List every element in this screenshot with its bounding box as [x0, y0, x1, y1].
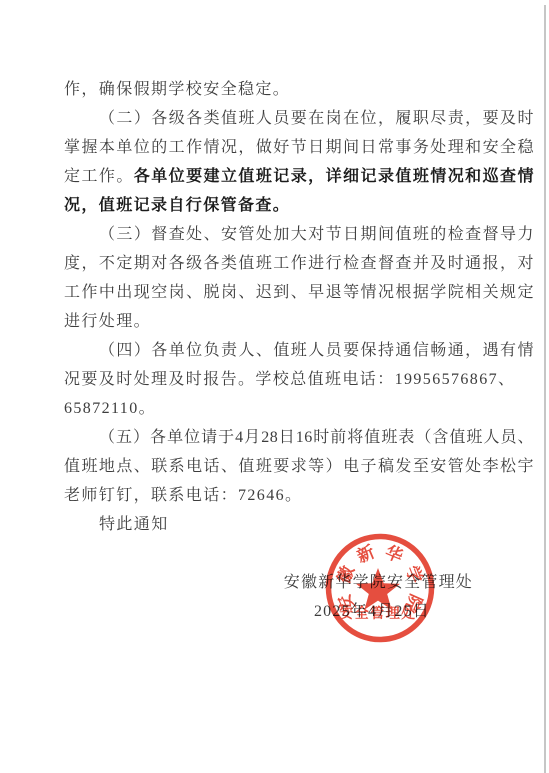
text-run: 工作中出现空岗、脱岗、迟到、早退等情况根据学院相关规定	[64, 284, 534, 301]
text-line: （五）各单位请于4月28日16时前将值班表（含值班人员、	[64, 423, 534, 452]
text-run: 老师钉钉，联系电话：72646。	[64, 487, 302, 504]
text-run: 65872110。	[64, 400, 156, 417]
text-run: 况要及时处理及时报告。学校总值班电话：19956576867、	[64, 371, 515, 388]
date-line: 2025年4月25日	[64, 597, 534, 626]
text-line: （四）各单位负责人、值班人员要保持通信畅通，遇有情	[64, 336, 534, 365]
text-run: 值班地点、联系电话、值班要求等）电子稿发至安管处李松宇	[64, 458, 534, 475]
text-line: 老师钉钉，联系电话：72646。	[64, 481, 534, 510]
bold-text-run: 各单位要建立值班记录，详细记录值班情况和巡查情	[134, 168, 534, 185]
text-line: 况，值班记录自行保管备查。	[64, 191, 534, 220]
text-line: （三）督查处、安管处加大对节日期间值班的检查督导力	[64, 220, 534, 249]
text-line: 度，不定期对各级各类值班工作进行检查督查并及时通报，对	[64, 249, 534, 278]
text-line: 进行处理。	[64, 307, 534, 336]
text-line: 掌握本单位的工作情况，做好节日期间日常事务处理和安全稳	[64, 133, 534, 162]
text-line: 工作中出现空岗、脱岗、迟到、早退等情况根据学院相关规定	[64, 278, 534, 307]
text-run: 度，不定期对各级各类值班工作进行检查督查并及时通报，对	[64, 255, 534, 272]
text-run: （三）督查处、安管处加大对节日期间值班的检查督导力	[99, 226, 534, 243]
text-line: 定工作。各单位要建立值班记录，详细记录值班情况和巡查情	[64, 162, 534, 191]
document-lines: 作，确保假期学校安全稳定。（二）各级各类值班人员要在岗在位，履职尽责，要及时掌握…	[64, 75, 534, 539]
page-edge-line	[544, 5, 546, 773]
text-line: 况要及时处理及时报告。学校总值班电话：19956576867、	[64, 365, 534, 394]
text-run: （五）各单位请于4月28日16时前将值班表（含值班人员、	[99, 429, 534, 446]
text-run: 掌握本单位的工作情况，做好节日期间日常事务处理和安全稳	[64, 139, 534, 156]
text-run: 作，确保假期学校安全稳定。	[64, 81, 290, 98]
text-run: 定工作。	[64, 168, 134, 185]
text-run: 特此通知	[99, 516, 169, 533]
text-line: 特此通知	[64, 510, 534, 539]
text-line: 65872110。	[64, 394, 534, 423]
text-run: （四）各单位负责人、值班人员要保持通信畅通，遇有情	[99, 342, 534, 359]
document-page: 作，确保假期学校安全稳定。（二）各级各类值班人员要在岗在位，履职尽责，要及时掌握…	[0, 0, 549, 773]
document-body: 作，确保假期学校安全稳定。（二）各级各类值班人员要在岗在位，履职尽责，要及时掌握…	[64, 75, 534, 626]
signature-line: 安徽新华学院安全管理处	[64, 568, 534, 597]
text-run: （二）各级各类值班人员要在岗在位，履职尽责，要及时	[99, 110, 534, 127]
text-line: 作，确保假期学校安全稳定。	[64, 75, 534, 104]
text-run: 进行处理。	[64, 313, 151, 330]
bold-text-run: 况，值班记录自行保管备查。	[64, 197, 290, 214]
text-line: 值班地点、联系电话、值班要求等）电子稿发至安管处李松宇	[64, 452, 534, 481]
text-line: （二）各级各类值班人员要在岗在位，履职尽责，要及时	[64, 104, 534, 133]
